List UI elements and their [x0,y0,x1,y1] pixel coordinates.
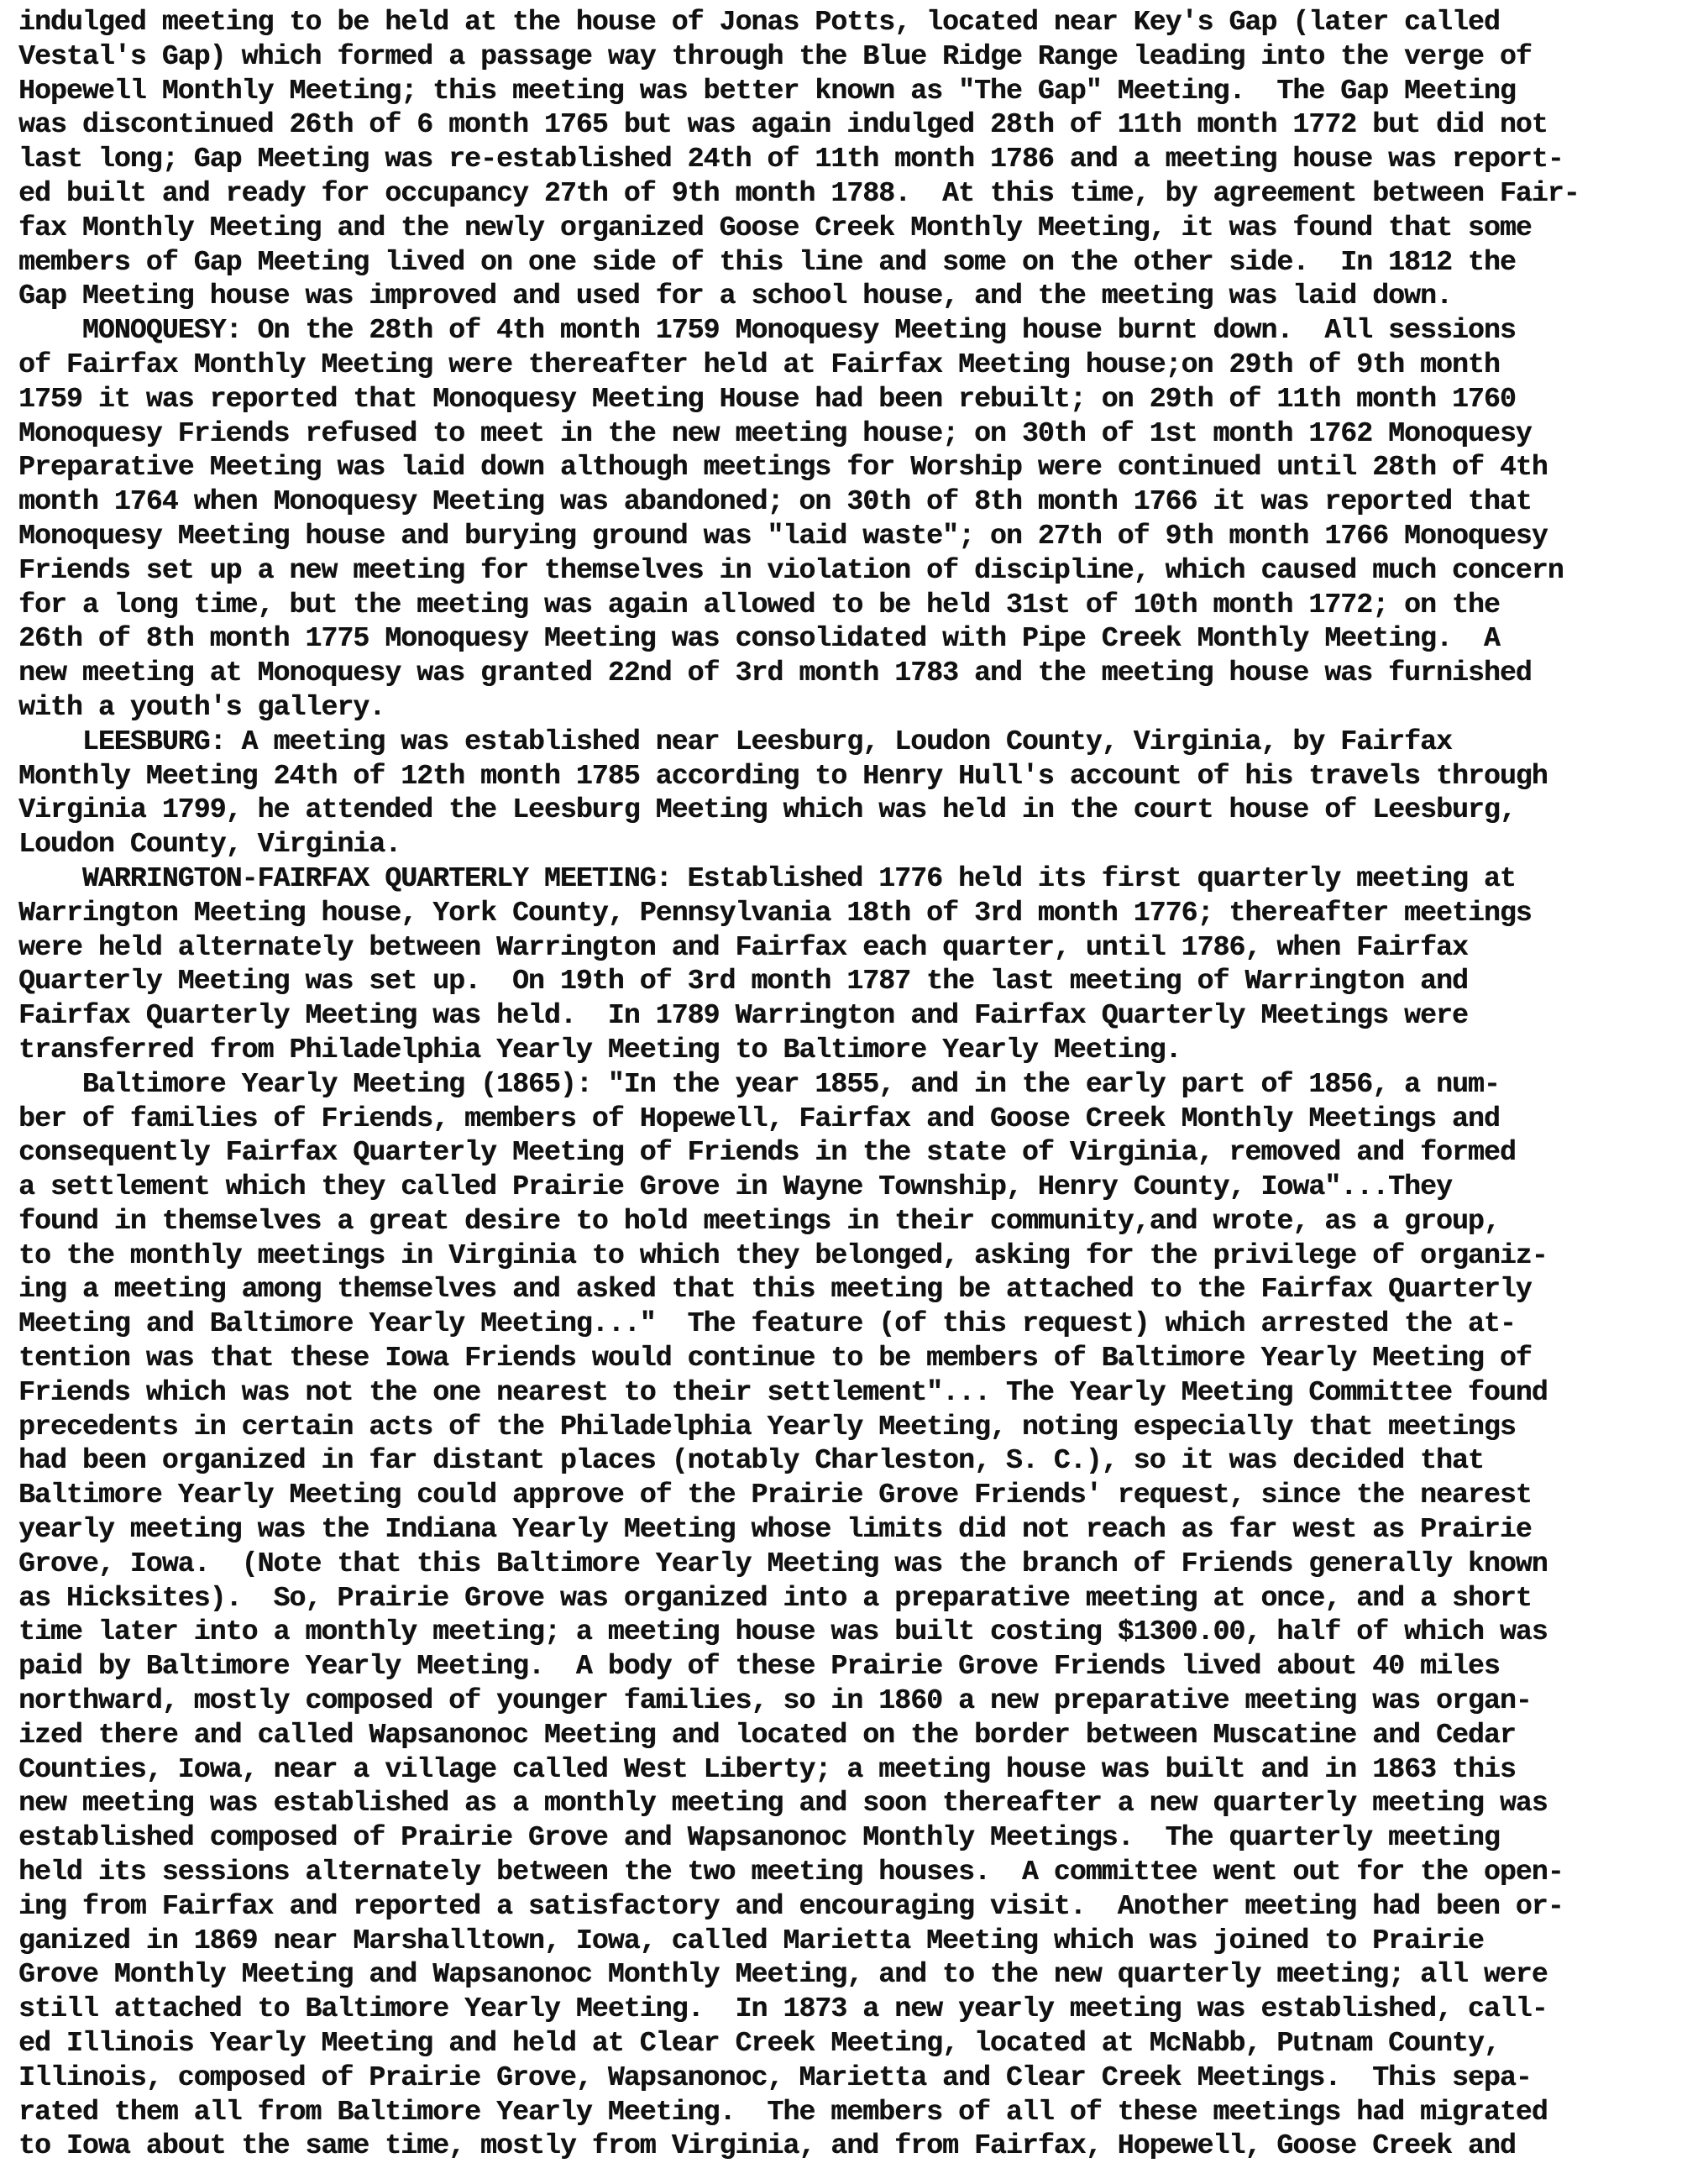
text-line: ized there and called Wapsanonoc Meeting… [18,1718,1677,1752]
text-line: Grove Monthly Meeting and Wapsanonoc Mon… [18,1957,1677,1992]
text-line: Preparative Meeting was laid down althou… [18,450,1677,484]
text-line: had been organized in far distant places… [18,1443,1677,1478]
text-line: WARRINGTON-FAIRFAX QUARTERLY MEETING: Es… [18,862,1677,896]
text-line: to Iowa about the same time, mostly from… [18,2129,1677,2163]
text-line: precedents in certain acts of the Philad… [18,1410,1677,1444]
text-line: Monoquesy Meeting house and burying grou… [18,519,1677,553]
text-line: for a long time, but the meeting was aga… [18,588,1677,622]
text-line: month 1764 when Monoquesy Meeting was ab… [18,484,1677,519]
text-line: tention was that these Iowa Friends woul… [18,1341,1677,1375]
text-line: with a youth's gallery. [18,690,1677,725]
text-line: 1759 it was reported that Monoquesy Meet… [18,382,1677,416]
text-line: Gap Meeting house was improved and used … [18,279,1677,313]
text-line: ing from Fairfax and reported a satisfac… [18,1889,1677,1924]
text-line: as Hicksites). So, Prairie Grove was org… [18,1581,1677,1616]
text-line: Baltimore Yearly Meeting (1865): "In the… [18,1067,1677,1102]
text-line: new meeting at Monoquesy was granted 22n… [18,656,1677,690]
text-line: ing a meeting among themselves and asked… [18,1272,1677,1307]
text-line: yearly meeting was the Indiana Yearly Me… [18,1512,1677,1547]
text-line: were held alternately between Warrington… [18,930,1677,965]
text-line: established composed of Prairie Grove an… [18,1820,1677,1855]
text-line: consequently Fairfax Quarterly Meeting o… [18,1135,1677,1170]
text-line: new meeting was established as a monthly… [18,1786,1677,1820]
text-line: Monoquesy Friends refused to meet in the… [18,416,1677,451]
text-line: Grove, Iowa. (Note that this Baltimore Y… [18,1547,1677,1581]
text-line: Loudon County, Virginia. [18,827,1677,862]
text-line: Baltimore Yearly Meeting could approve o… [18,1478,1677,1512]
text-line: held its sessions alternately between th… [18,1855,1677,1889]
text-line: Counties, Iowa, near a village called We… [18,1752,1677,1787]
text-line: ganized in 1869 near Marshalltown, Iowa,… [18,1924,1677,1958]
text-line: time later into a monthly meeting; a mee… [18,1615,1677,1649]
text-line: MONOQUESY: On the 28th of 4th month 1759… [18,313,1677,348]
text-line: of Fairfax Monthly Meeting were thereaft… [18,348,1677,382]
text-line: indulged meeting to be held at the house… [18,5,1677,39]
text-line: Warrington Meeting house, York County, P… [18,896,1677,930]
document-page: indulged meeting to be held at the house… [0,0,1682,2184]
text-line: 26th of 8th month 1775 Monoquesy Meeting… [18,621,1677,656]
text-line: ed Illinois Yearly Meeting and held at C… [18,2026,1677,2061]
text-line: transferred from Philadelphia Yearly Mee… [18,1033,1677,1067]
text-line: ber of families of Friends, members of H… [18,1102,1677,1136]
text-line: Friends which was not the one nearest to… [18,1375,1677,1410]
document-body-text: indulged meeting to be held at the house… [18,5,1677,2163]
text-line: still attached to Baltimore Yearly Meeti… [18,1992,1677,2026]
text-line: northward, mostly composed of younger fa… [18,1684,1677,1718]
text-line: members of Gap Meeting lived on one side… [18,245,1677,280]
text-line: found in themselves a great desire to ho… [18,1204,1677,1239]
text-line: last long; Gap Meeting was re-establishe… [18,142,1677,176]
text-line: Friends set up a new meeting for themsel… [18,553,1677,588]
text-line: LEESBURG: A meeting was established near… [18,725,1677,759]
text-line: Virginia 1799, he attended the Leesburg … [18,793,1677,827]
text-line: a settlement which they called Prairie G… [18,1170,1677,1204]
text-line: Monthly Meeting 24th of 12th month 1785 … [18,759,1677,793]
text-line: Meeting and Baltimore Yearly Meeting..."… [18,1307,1677,1341]
text-line: ed built and ready for occupancy 27th of… [18,176,1677,211]
text-line: rated them all from Baltimore Yearly Mee… [18,2095,1677,2129]
text-line: Quarterly Meeting was set up. On 19th of… [18,964,1677,998]
text-line: Vestal's Gap) which formed a passage way… [18,39,1677,74]
text-line: Hopewell Monthly Meeting; this meeting w… [18,74,1677,108]
text-line: was discontinued 26th of 6 month 1765 bu… [18,107,1677,142]
text-line: fax Monthly Meeting and the newly organi… [18,211,1677,245]
text-line: to the monthly meetings in Virginia to w… [18,1239,1677,1273]
text-line: Illinois, composed of Prairie Grove, Wap… [18,2061,1677,2095]
text-line: paid by Baltimore Yearly Meeting. A body… [18,1649,1677,1684]
text-line: Fairfax Quarterly Meeting was held. In 1… [18,998,1677,1033]
